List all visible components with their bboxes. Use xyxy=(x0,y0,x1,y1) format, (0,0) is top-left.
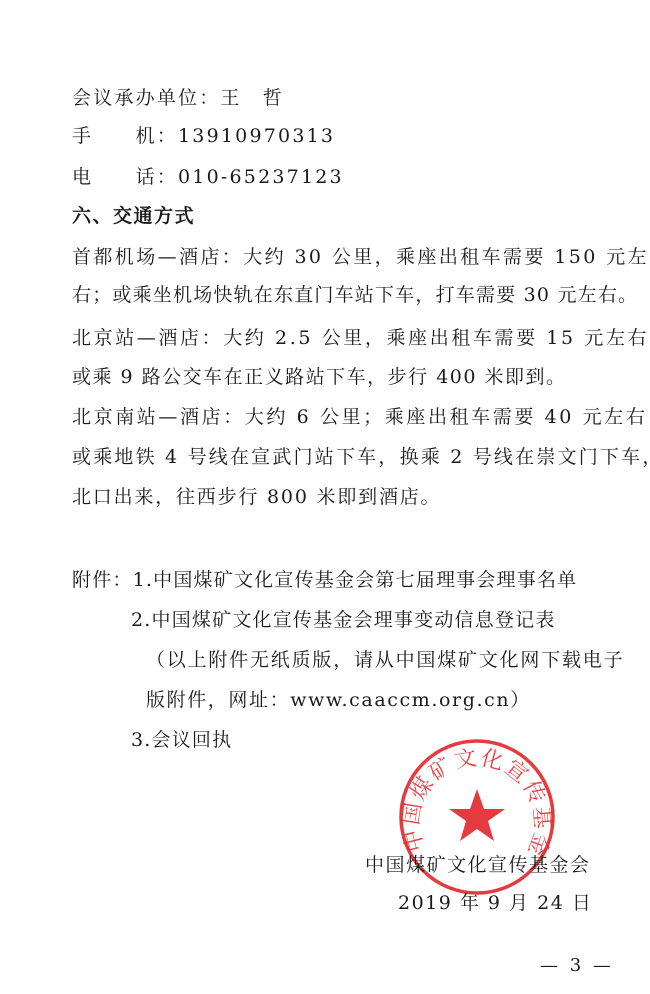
signature-organization: 中国煤矿文化宣传基金会 xyxy=(365,850,591,877)
route-beijing-station-line1: 北京站—酒店：大约 2.5 公里，乘座出租车需要 15 元左右； xyxy=(72,326,650,350)
route-south-station-line1: 北京南站—酒店：大约 6 公里；乘座出租车需要 40 元左右； xyxy=(72,405,650,429)
phone-label: 电 话： xyxy=(72,166,178,188)
attachment-item-2: 2.中国煤矿文化宣传基金会理事变动信息登记表 xyxy=(131,608,556,632)
mobile-value: 13910970313 xyxy=(178,125,335,147)
route-beijing-station-line2: 或乘 9 路公交车在正义路站下车，步行 400 米即到。 xyxy=(72,365,567,389)
section-heading: 六、交通方式 xyxy=(72,204,195,228)
phone-line: 电 话：010-65237123 xyxy=(72,165,344,189)
attachment-note-line2: 版附件，网址：www.caaccm.org.cn） xyxy=(146,688,531,712)
attachment-note-line1: （以上附件无纸质版，请从中国煤矿文化网下载电子 xyxy=(146,648,624,672)
route-airport-line2: 右；或乘坐机场快轨在东直门车站下车，打车需要 30 元左右。 xyxy=(72,283,638,307)
attachment-1-text: 1.中国煤矿文化宣传基金会第七届理事会理事名单 xyxy=(133,569,578,591)
page-number: — 3 — xyxy=(540,955,614,976)
organizer-line: 会议承办单位：王 哲 xyxy=(72,86,284,110)
mobile-line: 手 机：13910970313 xyxy=(72,124,335,148)
phone-value: 010-65237123 xyxy=(178,166,344,188)
route-south-station-line2: 或乘地铁 4 号线在宣武门站下车，换乘 2 号线在崇文门下车，从西 xyxy=(72,445,650,469)
signature-date: 2019 年 9 月 24 日 xyxy=(398,888,592,915)
route-airport-line1: 首都机场—酒店：大约 30 公里，乘座出租车需要 150 元左 xyxy=(72,245,649,269)
attachment-item-3: 3.会议回执 xyxy=(131,728,232,752)
attachment-item-1: 附件：1.中国煤矿文化宣传基金会第七届理事会理事名单 xyxy=(72,568,577,592)
attachments-label: 附件： xyxy=(72,569,133,591)
route-south-station-line3: 北口出来，往西步行 800 米即到酒店。 xyxy=(72,485,441,509)
mobile-label: 手 机： xyxy=(72,125,178,147)
